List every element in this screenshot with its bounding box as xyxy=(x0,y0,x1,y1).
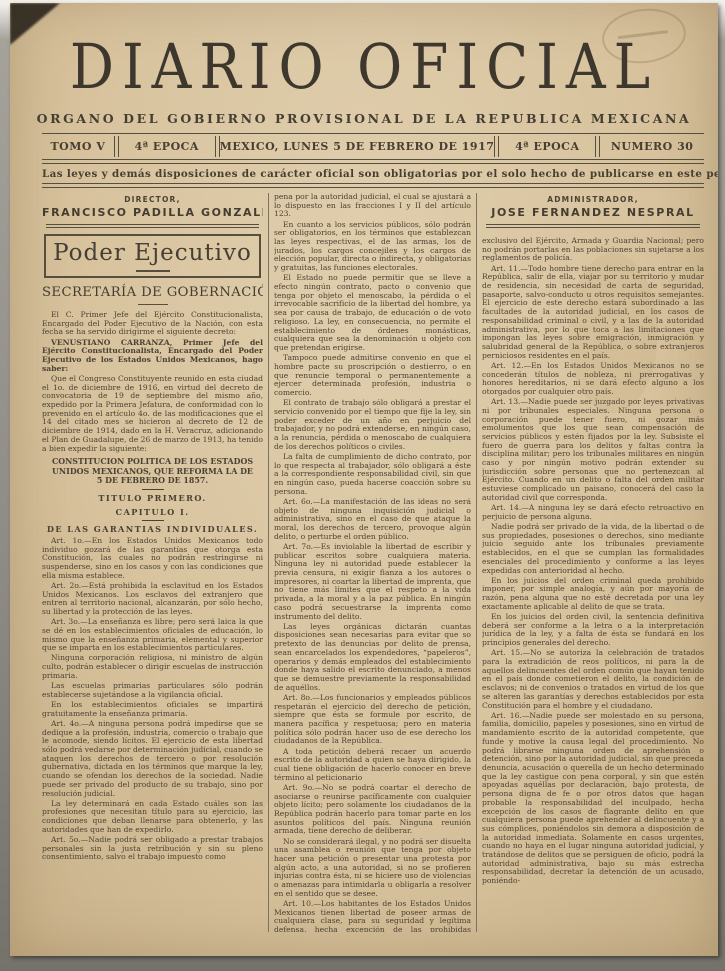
body-paragraph: Tampoco puede admitirse convenio en que … xyxy=(274,354,471,398)
body-paragraph: No se considerará ilegal, y no podrá ser… xyxy=(274,838,471,899)
scanned-page: DIARIO OFICIAL ORGANO DEL GOBIERNO PROVI… xyxy=(0,0,725,971)
left-column: DIRECTOR, FRANCISCO PADILLA GONZALEZ Pod… xyxy=(42,193,263,932)
body-paragraph: En los establecimientos oficiales se imp… xyxy=(42,701,263,718)
banner-date: MEXICO, LUNES 5 DE FEBRERO DE 1917 xyxy=(220,134,495,159)
banner-epoca-right: 4ª EPOCA xyxy=(499,134,595,159)
body-paragraph: Art. 3o.—La enseñanza es libre; pero ser… xyxy=(42,618,263,653)
column-divider xyxy=(476,193,477,932)
body-paragraph: En los juicios del orden criminal queda … xyxy=(482,577,704,612)
body-paragraph: Art. 2o.—Está prohibida la esclavitud en… xyxy=(42,582,263,617)
body-paragraph: Art. 7o.—Es inviolable la libertad de es… xyxy=(274,543,471,621)
left-column-text: El C. Primer Jefe del Ejército Constituc… xyxy=(42,311,263,862)
section-title: Poder Ejecutivo xyxy=(46,240,259,266)
column-heading: DE LAS GARANTIAS INDIVIDUALES. xyxy=(42,525,263,535)
banner-epoca-left: 4ª EPOCA xyxy=(119,134,215,159)
banner-numero: NUMERO 30 xyxy=(600,134,704,159)
body-paragraph: En los juicios del orden civil, la sente… xyxy=(482,613,704,648)
right-column-text: exclusivo del Ejército, Armada y Guardia… xyxy=(482,237,704,886)
body-paragraph: El contrato de trabajo sólo obligará a p… xyxy=(274,399,471,451)
middle-column-text: pena por la autoridad judicial, el cual … xyxy=(274,193,471,932)
article-columns: DIRECTOR, FRANCISCO PADILLA GONZALEZ Pod… xyxy=(42,193,704,932)
body-paragraph: Art. 15.—No se autoriza la celebración d… xyxy=(482,649,704,710)
body-paragraph: VENUSTIANO CARRANZA, Primer Jefe del Ejé… xyxy=(42,339,263,374)
administrator-name: JOSE FERNANDEZ NESPRAL xyxy=(482,206,704,219)
body-paragraph: Art. 1o.—En los Estados Unidos Mexicanos… xyxy=(42,537,263,581)
body-paragraph: Que el Congreso Constituyente reunido en… xyxy=(42,375,263,453)
masthead-title: DIARIO OFICIAL xyxy=(20,31,708,103)
body-paragraph: Art. 16.—Nadie puede ser molestado en su… xyxy=(482,712,704,886)
body-paragraph: exclusivo del Ejército, Armada y Guardia… xyxy=(482,237,704,263)
column-heading: TITULO PRIMERO. xyxy=(42,494,263,504)
masthead-subtitle: ORGANO DEL GOBIERNO PROVISIONAL DE LA RE… xyxy=(10,111,718,126)
body-paragraph: Art. 8o.—Los funcionarios y empleados pú… xyxy=(274,694,471,746)
right-column: ADMINISTRADOR, JOSE FERNANDEZ NESPRAL ex… xyxy=(482,193,704,932)
section-title-box: Poder Ejecutivo xyxy=(44,234,261,278)
horizontal-rule xyxy=(46,224,259,228)
column-heading: CAPITULO I. xyxy=(42,508,263,518)
column-divider xyxy=(268,193,269,932)
body-paragraph: A toda petición deberá recaer un acuerdo… xyxy=(274,748,471,783)
director-label: DIRECTOR, xyxy=(42,195,263,204)
body-paragraph: El C. Primer Jefe del Ejército Constituc… xyxy=(42,311,263,337)
body-paragraph: La ley determinará en cada Estado cuáles… xyxy=(42,800,263,835)
director-name: FRANCISCO PADILLA GONZALEZ xyxy=(42,206,263,219)
banner-tomo: TOMO V xyxy=(42,134,114,159)
body-paragraph: Nadie podrá ser privado de la vida, de l… xyxy=(482,523,704,575)
column-heading: CONSTITUCION POLITICA DE LOS ESTADOS UNI… xyxy=(50,457,255,486)
body-paragraph: Art. 11.—Todo hombre tiene derecho para … xyxy=(482,265,704,361)
body-paragraph: Art. 6o.—La manifestación de las ideas n… xyxy=(274,498,471,542)
issue-banner: TOMO V 4ª EPOCA MEXICO, LUNES 5 DE FEBRE… xyxy=(42,133,704,159)
body-paragraph: En cuanto a los servicios públicos, sólo… xyxy=(274,221,471,273)
body-paragraph: Art. 5o.—Nadie podrá ser obligado a pres… xyxy=(42,836,263,862)
administrator-label: ADMINISTRADOR, xyxy=(482,195,704,204)
body-paragraph: Art. 9o.—No se podrá coartar el derecho … xyxy=(274,784,471,836)
legal-notice: Las leyes y demás disposiciones de carác… xyxy=(42,168,704,180)
horizontal-rule xyxy=(486,224,700,228)
subsection-title: SECRETARÍA DE GOBERNACIÓN xyxy=(42,285,263,300)
binding-shadow xyxy=(0,0,13,971)
body-paragraph: Las escuelas primarias particulares sólo… xyxy=(42,682,263,699)
body-paragraph: El Estado no puede permitir que se lleve… xyxy=(274,274,471,352)
body-paragraph: La falta de cumplimiento de dicho contra… xyxy=(274,453,471,497)
body-paragraph: Art. 14.—A ninguna ley se dará efecto re… xyxy=(482,504,704,521)
body-paragraph: pena por la autoridad judicial, el cual … xyxy=(274,193,471,219)
horizontal-rule xyxy=(42,159,704,164)
body-paragraph: Ninguna corporación religiosa, ni minist… xyxy=(42,654,263,680)
body-paragraph: Las leyes orgánicas dictarán cuantas dis… xyxy=(274,623,471,693)
ornament-rule xyxy=(138,304,168,305)
horizontal-rule xyxy=(42,183,704,188)
body-paragraph: Art. 4o.—A ninguna persona podrá impedir… xyxy=(42,720,263,798)
body-paragraph: Art. 10.—Los habitantes de los Estados U… xyxy=(274,900,471,932)
newspaper-page: DIARIO OFICIAL ORGANO DEL GOBIERNO PROVI… xyxy=(10,3,718,956)
ornament-rule xyxy=(136,270,170,272)
body-paragraph: Art. 12.—En los Estados Unidos Mexicanos… xyxy=(482,362,704,397)
ornament-rule xyxy=(142,489,164,490)
middle-column: pena por la autoridad judicial, el cual … xyxy=(274,193,471,932)
body-paragraph: Art. 13.—Nadie puede ser juzgado por ley… xyxy=(482,398,704,502)
ornament-rule xyxy=(142,520,164,521)
